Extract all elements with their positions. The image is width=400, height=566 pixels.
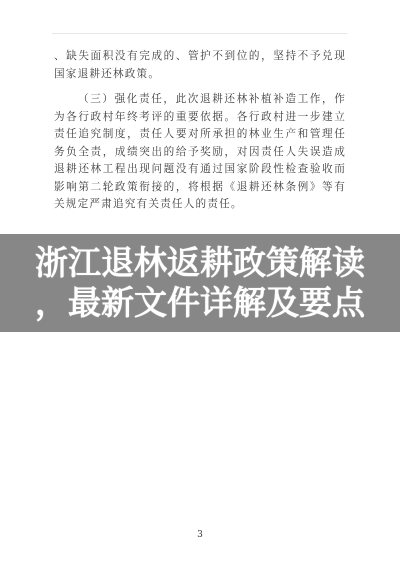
document-page: 、缺失面积没有完成的、管护不到位的，坚持不予兑现国家退耕还林政策。 （三）强化责… xyxy=(0,0,400,566)
header-divider xyxy=(52,33,347,34)
paragraph-strengthen-responsibility: （三）强化责任，此次退耕还林补植补造工作，作为各行政村年终考评的重要依据。各行政… xyxy=(54,91,346,214)
banner-title-line-1: 浙江退林返耕政策解读 xyxy=(35,243,365,283)
page-number: 3 xyxy=(0,530,400,540)
banner-title-line-2: ，最新文件详解及要点 xyxy=(35,283,365,323)
document-body: 、缺失面积没有完成的、管护不到位的，坚持不予兑现国家退耕还林政策。 （三）强化责… xyxy=(54,48,346,214)
title-banner: 浙江退林返耕政策解读 ，最新文件详解及要点 xyxy=(0,234,400,332)
paragraph-continuation: 、缺失面积没有完成的、管护不到位的，坚持不予兑现国家退耕还林政策。 xyxy=(54,48,346,83)
